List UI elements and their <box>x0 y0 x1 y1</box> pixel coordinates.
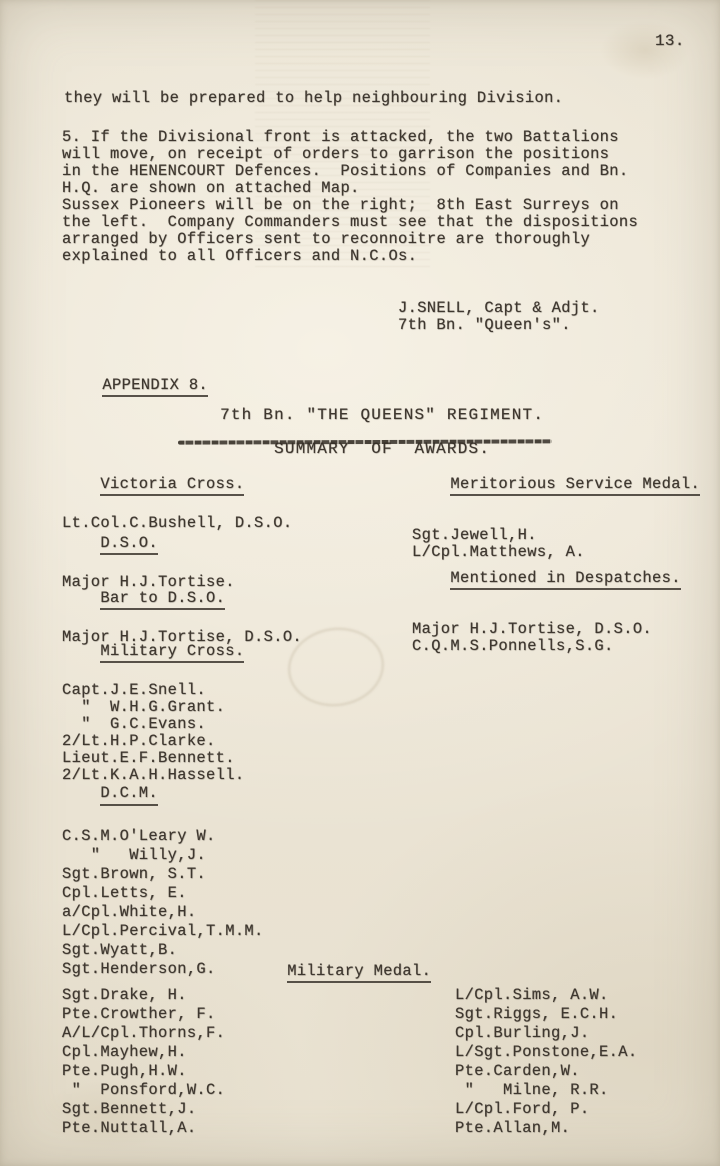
military-medal-left-column: Sgt.Drake, H. Pte.Crowther, F. A/L/Cpl.T… <box>62 986 225 1138</box>
dcm-heading: D.C.M. <box>100 784 158 806</box>
scanned-document-page: 13. they will be prepared to help neighb… <box>0 0 720 1166</box>
section-mentioned-in-despatches: Mentioned in Despatches. Major H.J.Torti… <box>412 553 681 689</box>
dso-heading: D.S.O. <box>100 535 158 555</box>
bar-to-dso-heading: Bar to D.S.O. <box>100 590 225 610</box>
mentioned-in-despatches-heading: Mentioned in Despatches. <box>450 570 680 590</box>
military-medal-heading: Military Medal. <box>287 963 431 983</box>
intro-line: they will be prepared to help neighbouri… <box>64 90 563 107</box>
meritorious-service-medal-heading: Meritorious Service Medal. <box>450 476 700 496</box>
signature-block: J.SNELL, Capt & Adjt. 7th Bn. "Queen's". <box>398 300 600 334</box>
mentioned-in-despatches-names: Major H.J.Tortise, D.S.O. C.Q.M.S.Ponnel… <box>412 621 681 655</box>
paper-stain <box>600 20 690 80</box>
paragraph-5: 5. If the Divisional front is attacked, … <box>62 129 638 265</box>
page-number: 13. <box>655 33 685 50</box>
military-cross-heading: Military Cross. <box>100 643 244 663</box>
title-line-1: 7th Bn. "THE QUEENS" REGIMENT. <box>220 406 544 424</box>
victoria-cross-heading: Victoria Cross. <box>100 476 244 496</box>
military-medal-right-column: L/Cpl.Sims, A.W. Sgt.Riggs, E.C.H. Cpl.B… <box>455 986 637 1138</box>
